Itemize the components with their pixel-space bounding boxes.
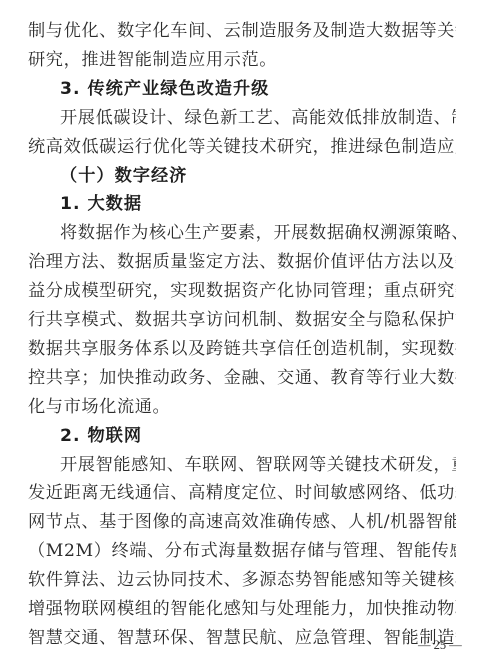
paragraph-line: （M2M）终端、分布式海量数据存储与管理、智能传感器配套 bbox=[28, 537, 456, 566]
paragraph-line: 行共享模式、数据共享访问机制、数据安全与隐私保护方法、 bbox=[28, 306, 456, 335]
paragraph-line: 数据共享服务体系以及跨链共享信任创造机制，实现数据的可 bbox=[28, 335, 456, 364]
paragraph-line: 控共享；加快推动政务、金融、交通、教育等行业大数据要素 bbox=[28, 364, 456, 393]
section-heading: 1. 大数据 bbox=[60, 190, 456, 219]
paragraph-line: 研究，推进智能制造应用示范。 bbox=[28, 46, 456, 75]
paragraph-line: 智慧交通、智慧环保、智慧民航、应急管理、智能制造等场景 bbox=[28, 624, 456, 653]
document-page: 制与优化、数字化车间、云制造服务及制造大数据等关键技术研究，推进智能制造应用示范… bbox=[0, 0, 486, 668]
paragraph-line: 发近距离无线通信、高精度定位、时间敏感网络、低功耗传感 bbox=[28, 479, 456, 508]
paragraph-line: 化与市场化流通。 bbox=[28, 393, 456, 422]
section-heading: 2. 物联网 bbox=[60, 422, 456, 451]
paragraph-line: 软件算法、边云协同技术、多源态势智能感知等关键核心技术， bbox=[28, 566, 456, 595]
paragraph-line: 将数据作为核心生产要素，开展数据确权溯源策略、数据 bbox=[60, 219, 456, 248]
page-number: — 25 — bbox=[418, 638, 462, 653]
paragraph-line: 益分成模型研究，实现数据资产化协同管理；重点研究数据银 bbox=[28, 277, 456, 306]
paragraph-line: 制与优化、数字化车间、云制造服务及制造大数据等关键技术 bbox=[28, 17, 456, 46]
paragraph-line: 网节点、基于图像的高速高效准确传感、人机/机器智能交互 bbox=[28, 508, 456, 537]
paragraph-line: 开展低碳设计、绿色新工艺、高能效低排放制造、制造系 bbox=[60, 104, 456, 133]
section-heading: 3. 传统产业绿色改造升级 bbox=[60, 75, 456, 104]
section-heading: （十）数字经济 bbox=[60, 162, 456, 191]
paragraph-line: 统高效低碳运行优化等关键技术研究，推进绿色制造应用示范。 bbox=[28, 133, 456, 162]
paragraph-line: 增强物联网模组的智能化感知与处理能力，加快推动物联网在 bbox=[28, 595, 456, 624]
paragraph-line: 开展智能感知、车联网、智联网等关键技术研发，重点研 bbox=[60, 451, 456, 480]
paragraph-line: 治理方法、数据质量鉴定方法、数据价值评估方法以及数据收 bbox=[28, 248, 456, 277]
